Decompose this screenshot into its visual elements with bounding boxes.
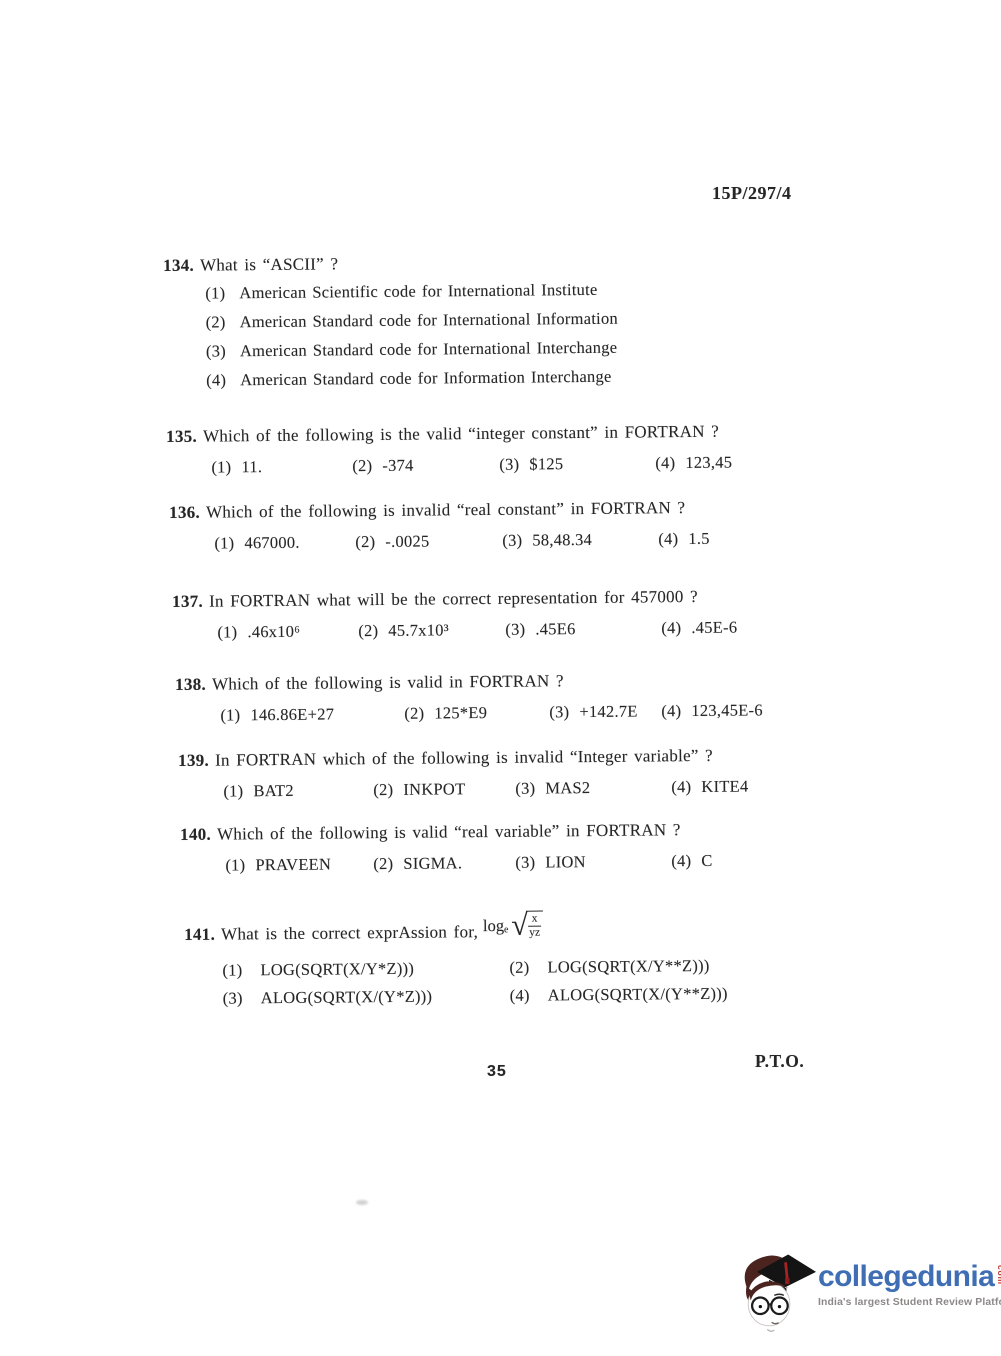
option-3: (3) ALOG(SQRT(X/(Y*Z))) <box>223 986 510 1009</box>
question-139: 139. In FORTRAN which of the following i… <box>178 744 898 802</box>
option-text: INKPOT <box>403 779 465 800</box>
option-4: (4) .45E-6 <box>661 616 892 638</box>
option-text: 123,45 <box>685 453 732 473</box>
option-text: .45E-6 <box>691 618 737 638</box>
graduate-mascot-icon <box>736 1248 816 1334</box>
option-4: (4) ALOG(SQRT(X/(Y**Z))) <box>510 983 905 1007</box>
option-1: (1) 467000. <box>214 532 355 553</box>
option-marker: (2) <box>404 704 434 724</box>
option-text: 58,48.34 <box>532 530 592 551</box>
question-number: 139. <box>178 751 209 771</box>
option-2: (2) INKPOT <box>373 779 515 800</box>
option-marker: (1) <box>223 781 253 801</box>
option-3: (3) LION <box>515 851 671 872</box>
option-1: (1) BAT2 <box>223 780 373 801</box>
question-135: 135. Which of the following is the valid… <box>166 420 886 478</box>
option-marker: (1) <box>214 533 244 553</box>
option-text: ALOG(SQRT(X/(Y**Z))) <box>548 984 728 1006</box>
question-number: 134. <box>163 256 194 276</box>
option-1: (1) 11. <box>211 456 352 477</box>
option-marker: (2) <box>373 854 403 874</box>
option-4: (4) KITE4 <box>671 775 898 797</box>
option-marker: (2) <box>355 532 385 552</box>
option-2: (2) 125*E9 <box>404 702 549 723</box>
option-marker: (4) <box>661 618 691 638</box>
option-text: MAS2 <box>545 778 590 798</box>
option-marker: (3) <box>505 620 535 640</box>
option-marker: (1) <box>205 283 239 303</box>
collegedunia-logo: collegedunia com India's largest Student… <box>736 1246 998 1338</box>
option-text: -.0025 <box>385 532 429 552</box>
option-2: (2) -374 <box>352 455 499 476</box>
option-marker: (1) <box>217 622 247 642</box>
option-text: American Scientific code for Internation… <box>239 280 597 303</box>
option-marker: (2) <box>352 456 382 476</box>
question-141: 141. What is the correct exprAssion for,… <box>184 913 905 1009</box>
option-marker: (4) <box>206 370 240 390</box>
option-list: (1) .46x10⁶ (2) 45.7x10³ (3) .45E6 (4) .… <box>172 616 892 643</box>
option-1: (1) American Scientific code for Interna… <box>205 277 883 304</box>
option-text: 125*E9 <box>434 703 487 724</box>
question-text: Which of the following is valid in FORTR… <box>212 671 564 694</box>
option-text: American Standard code for International… <box>240 309 619 333</box>
option-text: 467000. <box>244 533 300 554</box>
option-3: (3) 58,48.34 <box>502 529 658 550</box>
brand-name: collegedunia <box>818 1262 994 1292</box>
option-1: (1) PRAVEEN <box>225 854 373 875</box>
option-3: (3) +142.7E <box>549 701 661 722</box>
option-text: 123,45E-6 <box>691 700 763 721</box>
option-2: (2) 45.7x10³ <box>358 620 505 641</box>
option-marker: (1) <box>220 705 250 725</box>
option-text: American Standard code for Information I… <box>240 367 612 391</box>
option-marker: (3) <box>499 455 529 475</box>
scanned-exam-page: 15P/297/4 134. What is “ASCII” ? (1) Ame… <box>0 0 1001 1356</box>
option-marker: (2) <box>373 780 403 800</box>
option-marker: (4) <box>510 986 548 1006</box>
brand-domain: com <box>996 1265 1001 1285</box>
question-text: In FORTRAN what will be the correct repr… <box>209 587 698 612</box>
option-marker: (2) <box>206 312 240 332</box>
option-marker: (4) <box>661 701 691 721</box>
scan-artifact <box>356 1200 368 1205</box>
option-text: C <box>701 851 712 871</box>
question-140: 140. Which of the following is valid “re… <box>180 818 900 876</box>
option-list: (1) PRAVEEN (2) SIGMA. (3) LION (4) C <box>180 849 900 876</box>
option-text: LION <box>545 852 586 872</box>
option-3: (3) .45E6 <box>505 618 661 639</box>
option-text: ALOG(SQRT(X/(Y*Z))) <box>261 987 433 1009</box>
option-text: -374 <box>382 456 413 476</box>
question-137: 137. In FORTRAN what will be the correct… <box>172 585 892 643</box>
question-text: Which of the following is invalid “real … <box>206 498 685 523</box>
option-3: (3) American Standard code for Internati… <box>206 335 884 362</box>
question-text: Which of the following is the valid “int… <box>203 422 719 447</box>
option-text: .46x10⁶ <box>247 622 300 643</box>
option-4: (4) 123,45E-6 <box>661 699 895 721</box>
option-4: (4) 1.5 <box>658 527 889 549</box>
option-4: (4) American Standard code for Informati… <box>206 364 884 391</box>
option-2: (2) American Standard code for Internati… <box>206 306 884 333</box>
paper-code: 15P/297/4 <box>712 183 792 204</box>
question-number: 137. <box>172 592 203 612</box>
option-text: LOG(SQRT(X/Y**Z))) <box>547 956 709 978</box>
option-list: (1) American Scientific code for Interna… <box>163 277 884 391</box>
option-text: LOG(SQRT(X/Y*Z))) <box>260 959 414 980</box>
question-text: What is the correct exprAssion for, <box>221 922 478 944</box>
option-marker: (3) <box>515 852 545 872</box>
log-prefix: logₑ <box>483 916 509 936</box>
page-number: 35 <box>487 1063 507 1081</box>
option-marker: (1) <box>225 855 255 875</box>
question-text: What is “ASCII” ? <box>200 254 338 275</box>
option-marker: (3) <box>223 989 261 1009</box>
option-text: +142.7E <box>579 702 637 723</box>
option-marker: (4) <box>655 453 685 473</box>
option-text: 45.7x10³ <box>388 620 449 641</box>
fraction-denominator: yz <box>529 927 540 940</box>
option-1: (1) LOG(SQRT(X/Y*Z))) <box>222 958 509 981</box>
option-text: SIGMA. <box>403 853 462 874</box>
option-2: (2) -.0025 <box>355 531 502 552</box>
question-number: 141. <box>184 924 215 944</box>
option-marker: (2) <box>358 621 388 641</box>
option-2: (2) SIGMA. <box>373 853 515 874</box>
question-text: Which of the following is valid “real va… <box>217 820 681 844</box>
option-text: 1.5 <box>688 529 710 549</box>
question-number: 138. <box>175 675 206 695</box>
pto-label: P.T.O. <box>755 1051 804 1072</box>
option-text: .45E6 <box>535 619 575 639</box>
option-4: (4) 123,45 <box>655 451 886 473</box>
question-text: In FORTRAN which of the following is inv… <box>215 746 713 771</box>
option-text: 11. <box>241 457 262 477</box>
question-134: 134. What is “ASCII” ? (1) American Scie… <box>163 249 884 400</box>
log-sqrt-formula: logₑ √ x yz <box>483 911 544 941</box>
option-marker: (3) <box>549 702 579 722</box>
option-marker: (2) <box>509 958 547 978</box>
option-1: (1) .46x10⁶ <box>217 621 358 642</box>
question-136: 136. Which of the following is invalid “… <box>169 496 889 554</box>
option-text: BAT2 <box>253 781 294 801</box>
option-list: (1) LOG(SQRT(X/Y*Z))) (2) LOG(SQRT(X/Y**… <box>184 955 904 1010</box>
option-list: (1) BAT2 (2) INKPOT (3) MAS2 (4) KITE4 <box>178 775 898 802</box>
option-list: (1) 467000. (2) -.0025 (3) 58,48.34 (4) … <box>169 527 889 554</box>
fraction-numerator: x <box>528 913 542 927</box>
option-marker: (4) <box>658 529 688 549</box>
option-list: (1) 146.86E+27 (2) 125*E9 (3) +142.7E (4… <box>175 699 895 726</box>
option-text: KITE4 <box>701 777 748 797</box>
question-number: 140. <box>180 825 211 845</box>
option-marker: (1) <box>222 961 260 981</box>
option-text: $125 <box>529 454 563 474</box>
option-marker: (4) <box>671 851 701 871</box>
option-4: (4) C <box>671 849 900 871</box>
option-1: (1) 146.86E+27 <box>220 704 404 726</box>
option-text: American Standard code for International… <box>240 338 618 362</box>
question-138: 138. Which of the following is valid in … <box>175 668 895 726</box>
question-number: 136. <box>169 503 200 523</box>
option-text: PRAVEEN <box>255 855 331 876</box>
option-2: (2) LOG(SQRT(X/Y**Z))) <box>509 955 904 979</box>
option-marker: (3) <box>206 341 240 361</box>
option-text: 146.86E+27 <box>250 704 334 725</box>
option-3: (3) $125 <box>499 453 655 474</box>
brand-tagline: India's largest Student Review Platform <box>818 1297 1001 1308</box>
option-marker: (1) <box>211 457 241 477</box>
fraction: x yz <box>526 911 544 941</box>
option-marker: (3) <box>515 778 545 798</box>
option-marker: (4) <box>671 777 701 797</box>
option-list: (1) 11. (2) -374 (3) $125 (4) 123,45 <box>166 451 886 478</box>
question-number: 135. <box>166 427 197 447</box>
option-3: (3) MAS2 <box>515 777 671 798</box>
option-marker: (3) <box>502 531 532 551</box>
